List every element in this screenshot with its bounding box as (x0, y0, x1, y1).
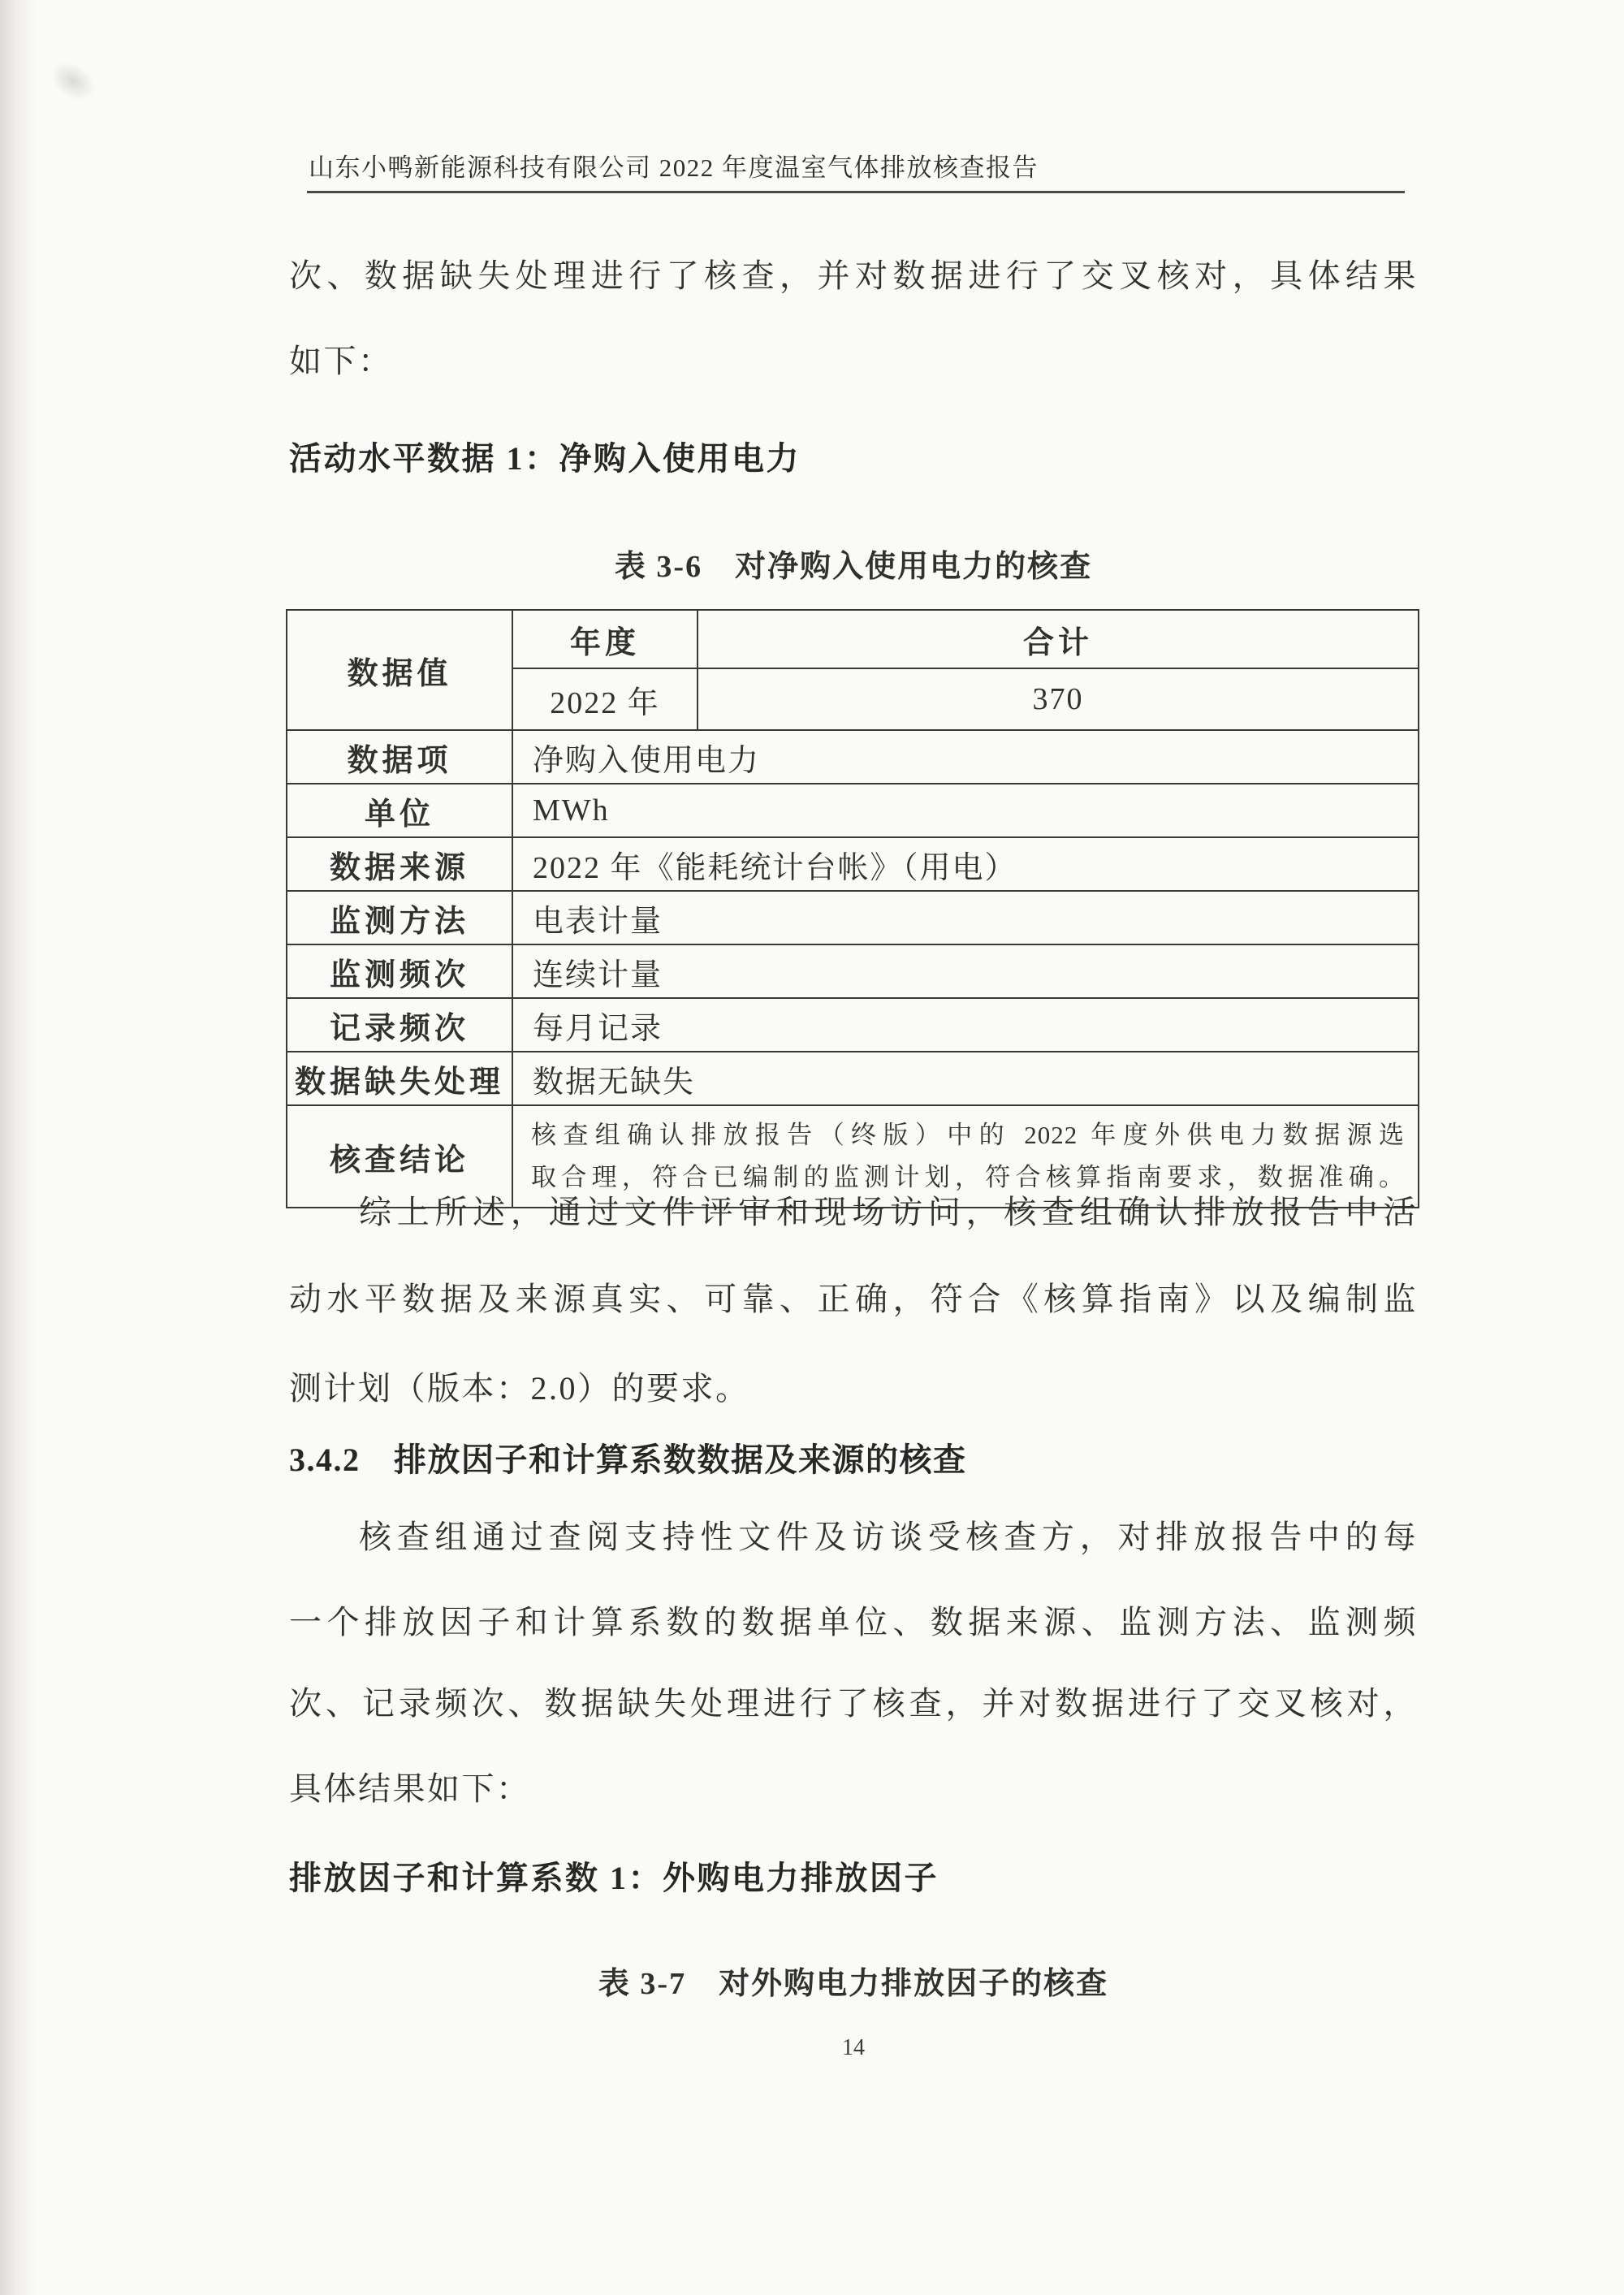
table-row: 数据项 净购入使用电力 (287, 730, 1419, 784)
activity-data-heading: 活动水平数据 1：净购入使用电力 (289, 434, 1418, 483)
report-page: { "header": { "title": "山东小鸭新能源科技有限公司 20… (0, 0, 1624, 2295)
row-label: 数据项 (287, 730, 512, 784)
table-row: 数据来源 2022 年《能耗统计台帐》（用电） (287, 837, 1419, 891)
table-row: 监测频次 连续计量 (287, 944, 1419, 998)
cell-year-value: 2022 年 (512, 668, 698, 730)
ef-para-line-2: 一个排放因子和计算系数的数据单位、数据来源、监测方法、监测频 (289, 1598, 1418, 1647)
table-row: 数据缺失处理 数据无缺失 (287, 1052, 1419, 1105)
page-number: 14 (289, 2030, 1418, 2066)
table-3-7-caption: 表 3-7 对外购电力排放因子的核查 (289, 1960, 1418, 2008)
ef-para-line-4: 具体结果如下： (289, 1765, 1418, 1813)
cell-col-year-header: 年度 (512, 610, 698, 668)
row-value: 数据无缺失 (512, 1052, 1419, 1105)
intro-line-2: 如下： (289, 337, 1418, 386)
table-row: 单位 MWh (287, 784, 1419, 837)
row-value: 每月记录 (512, 998, 1419, 1052)
summary-line-2: 动水平数据及来源真实、可靠、正确，符合《核算指南》以及编制监 (289, 1275, 1418, 1324)
cell-col-total-header: 合计 (698, 610, 1419, 668)
ef-para-line-1: 核查组通过查阅支持性文件及访谈受核查方，对排放报告中的每 (289, 1513, 1418, 1562)
cell-corner-label: 数据值 (287, 610, 512, 730)
row-label: 记录频次 (287, 998, 512, 1052)
summary-line-3: 测计划（版本：2.0）的要求。 (289, 1364, 1418, 1413)
row-value: 连续计量 (512, 944, 1419, 998)
scan-smudge-artifact (44, 54, 102, 108)
table-row: 记录频次 每月记录 (287, 998, 1419, 1052)
row-value: 电表计量 (512, 891, 1419, 944)
summary-line-1: 综上所述，通过文件评审和现场访问，核查组确认排放报告中活 (289, 1188, 1418, 1237)
row-label: 数据缺失处理 (287, 1052, 512, 1105)
table-3-6: 数据值 年度 合计 2022 年 370 数据项 净购入使用电力 单位 MWh … (286, 609, 1419, 1208)
row-value: 2022 年《能耗统计台帐》（用电） (512, 837, 1419, 891)
table-3-6-caption: 表 3-6 对净购入使用电力的核查 (289, 542, 1418, 591)
page-header-title: 山东小鸭新能源科技有限公司 2022 年度温室气体排放核查报告 (309, 149, 1039, 187)
header-divider (307, 191, 1405, 193)
cell-total-value: 370 (698, 668, 1419, 730)
row-label: 数据来源 (287, 837, 512, 891)
row-value: 净购入使用电力 (512, 730, 1419, 784)
table-row: 监测方法 电表计量 (287, 891, 1419, 944)
ef-para-line-3: 次、记录频次、数据缺失处理进行了核查，并对数据进行了交叉核对， (289, 1679, 1418, 1728)
row-label: 监测方法 (287, 891, 512, 944)
row-value: MWh (512, 784, 1419, 837)
table-row-header: 数据值 年度 合计 (287, 610, 1419, 668)
ef-heading: 排放因子和计算系数 1：外购电力排放因子 (289, 1854, 1418, 1903)
scan-edge-artifact (0, 0, 36, 2295)
row-label: 单位 (287, 784, 512, 837)
conclusion-line-1: 核查组确认排放报告（终版）中的 2022 年度外供电力数据源选 (531, 1114, 1405, 1156)
section-heading-3-4-2: 3.4.2 排放因子和计算系数数据及来源的核查 (289, 1436, 1418, 1485)
row-label: 监测频次 (287, 944, 512, 998)
intro-line-1: 次、数据缺失处理进行了核查，并对数据进行了交叉核对，具体结果 (289, 252, 1418, 300)
